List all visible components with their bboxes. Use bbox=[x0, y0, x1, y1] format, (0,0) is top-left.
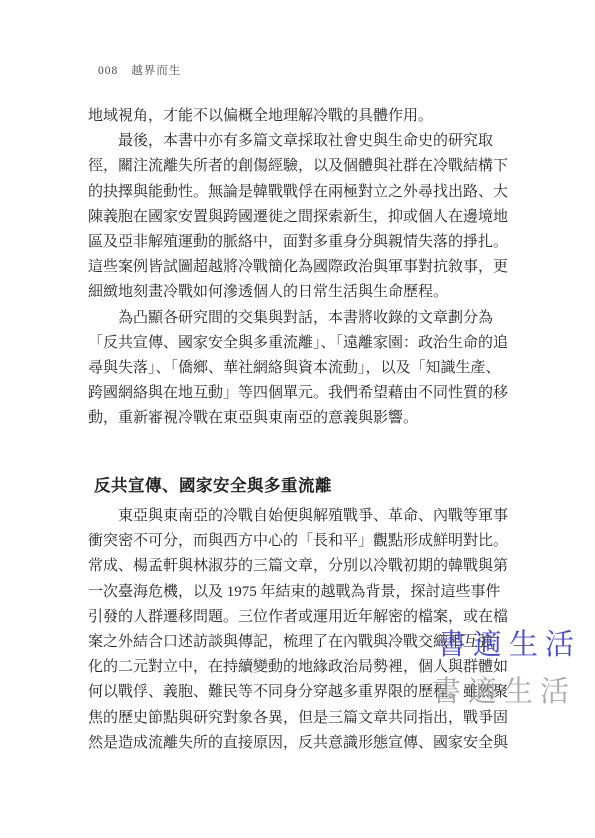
running-header: 008 越界而生 bbox=[98, 62, 181, 78]
page-number: 008 bbox=[98, 65, 118, 77]
book-title: 越界而生 bbox=[131, 62, 181, 78]
body-text-bottom: 東亞與東南亞的冷戰自始便與解殖戰爭、革命、內戰等軍事 衝突密不可分，而與西方中心… bbox=[88, 504, 512, 756]
book-page: 008 越界而生 地域視角，才能不以偏概全地理解冷戰的具體作用。 最後，本書中亦… bbox=[0, 0, 595, 838]
section-heading: 反共宣傳、國家安全與多重流離 bbox=[94, 472, 332, 496]
body-text-top: 地域視角，才能不以偏概全地理解冷戰的具體作用。 最後，本書中亦有多篇文章採取社會… bbox=[88, 104, 512, 432]
